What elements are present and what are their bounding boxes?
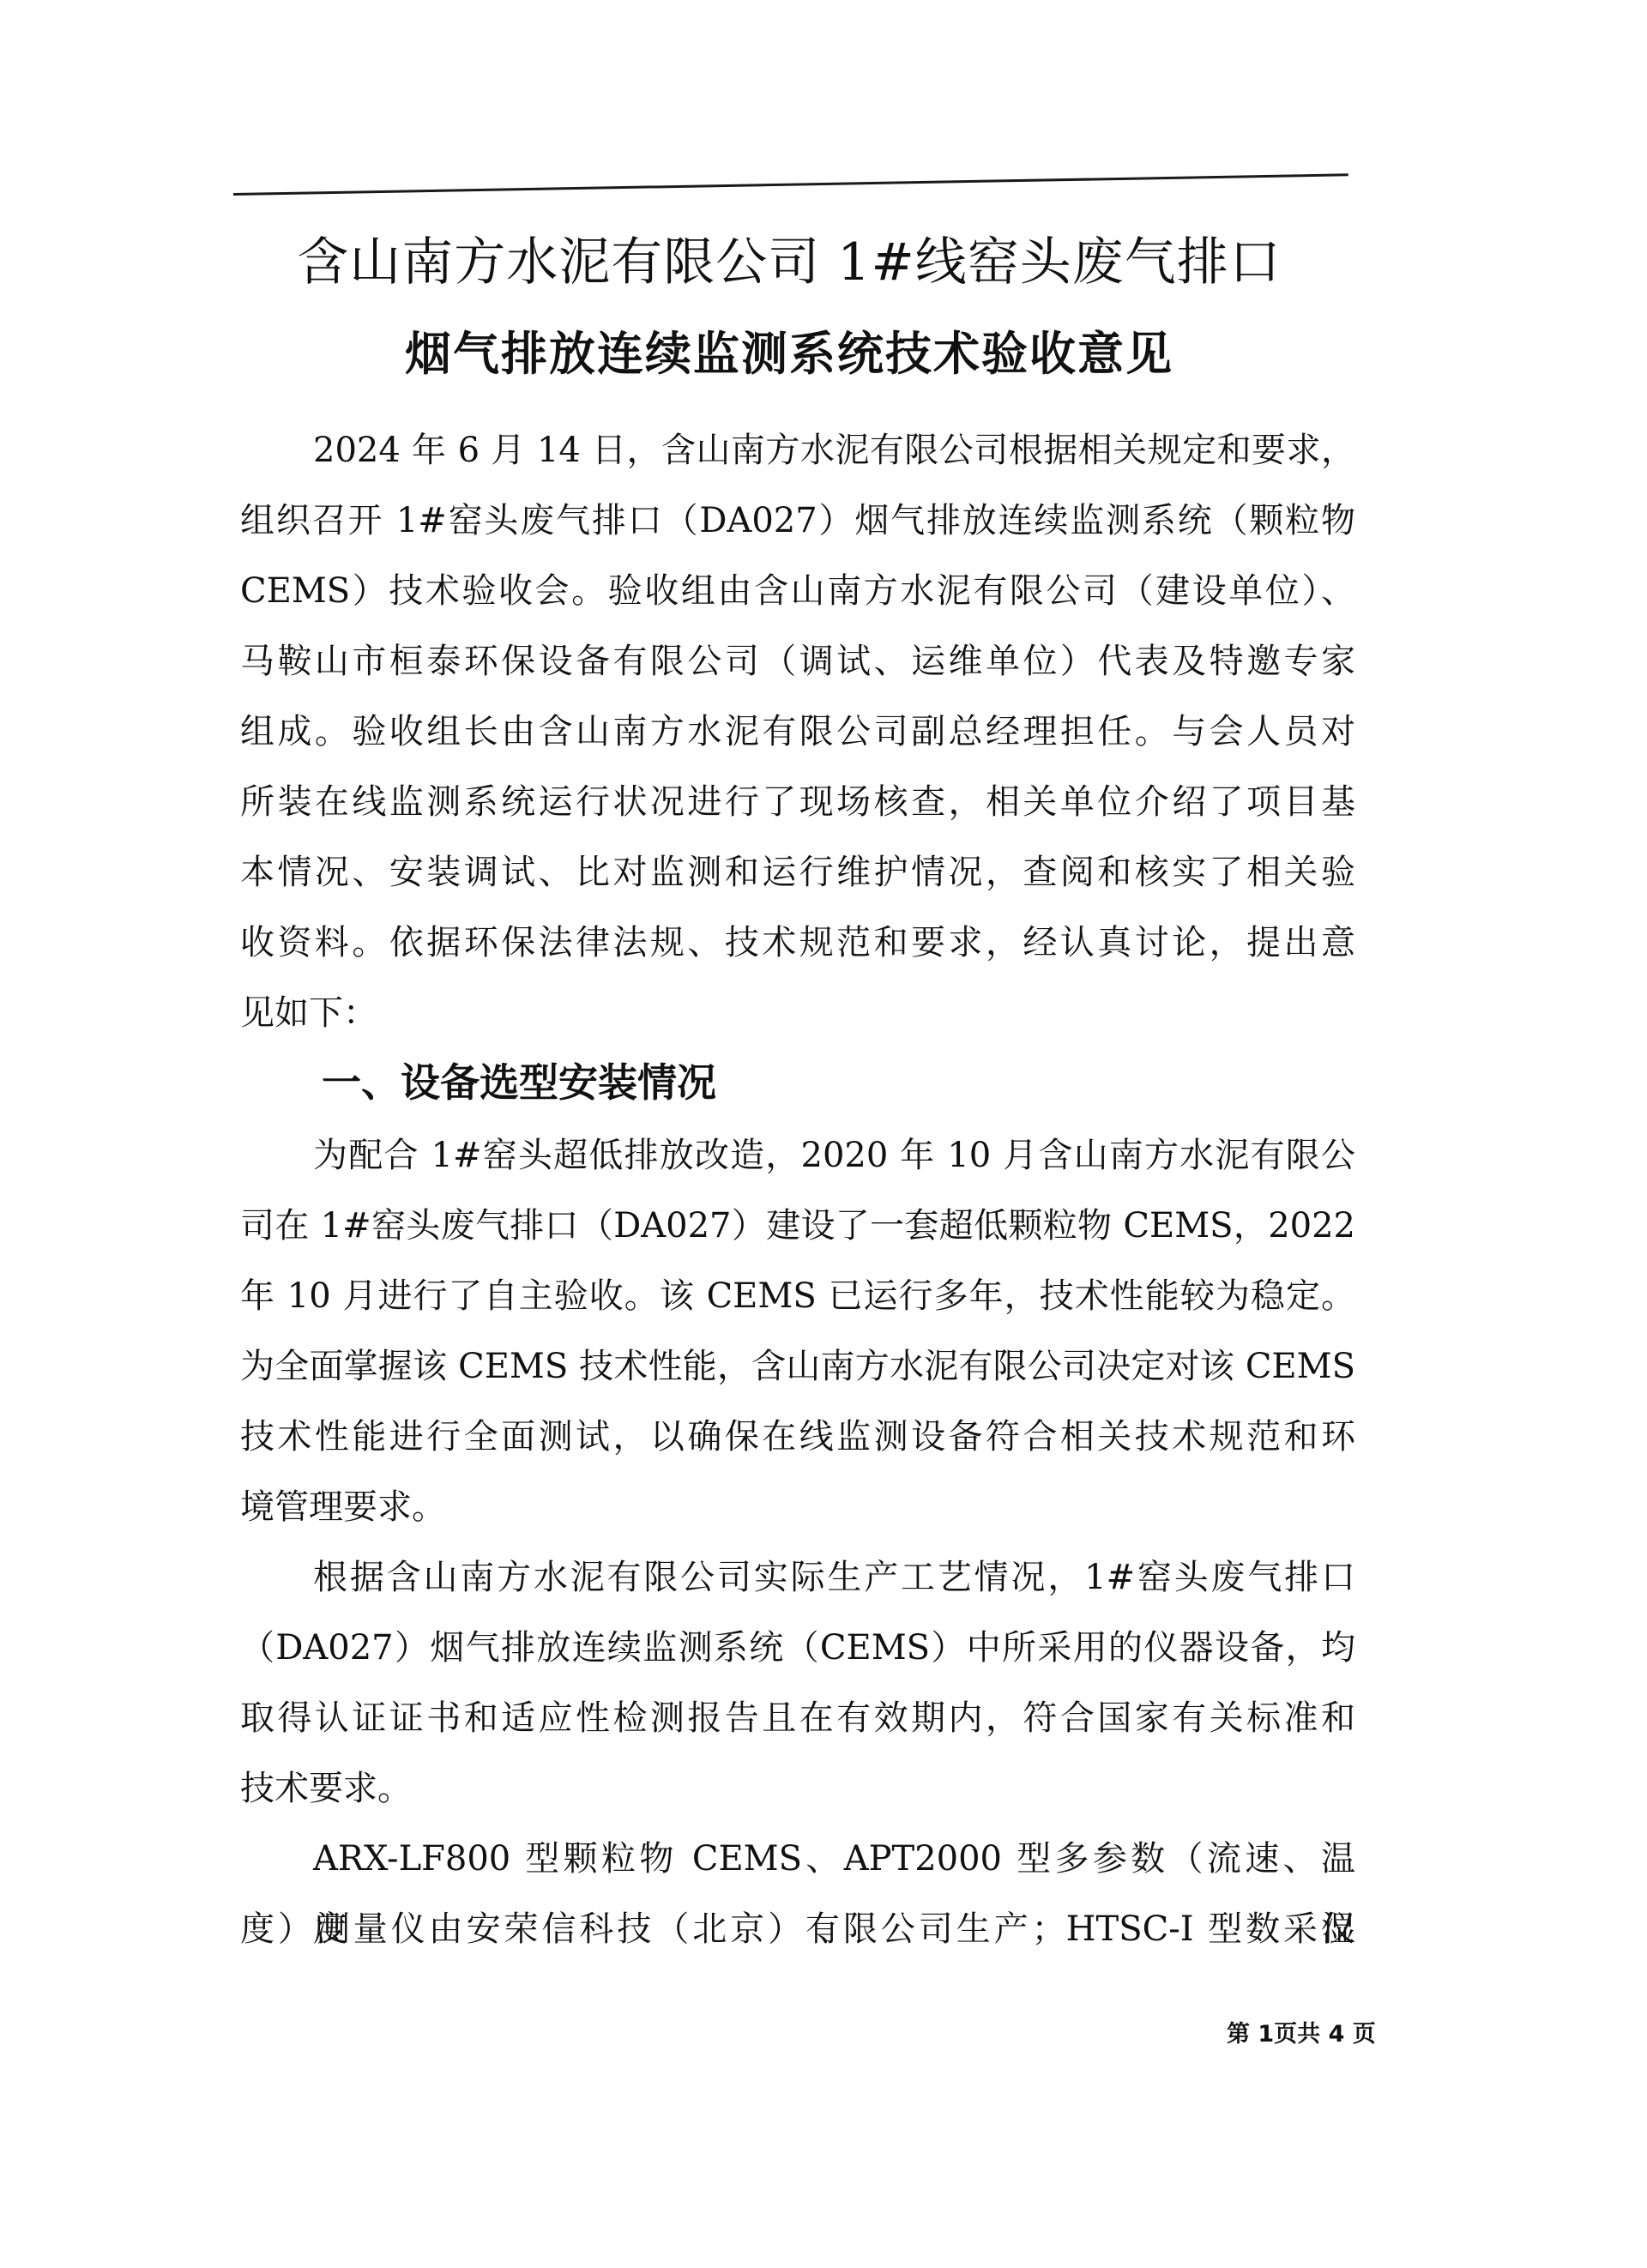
document-title-line2: 烟气排放连续监测系统技术验收意见: [0, 323, 1578, 385]
paragraph-line: 度）测量仪由安荣信科技（北京）有限公司生产；HTSC-I 型数采仪: [240, 1894, 1355, 1964]
paragraph-line: 技术性能进行全面测试，以确保在线监测设备符合相关技术规范和环: [240, 1402, 1355, 1472]
paragraph-line: 根据含山南方水泥有限公司实际生产工艺情况，1#窑头废气排口: [313, 1542, 1355, 1613]
paragraph-line: 为全面掌握该 CEMS 技术性能，含山南方水泥有限公司决定对该 CEMS: [240, 1331, 1355, 1402]
section-heading: 一、设备选型安装情况: [322, 1047, 716, 1118]
paragraph-line: 所装在线监测系统运行状况进行了现场核查，相关单位介绍了项目基: [240, 767, 1355, 837]
document-title-line1: 含山南方水泥有限公司 1#线窑头废气排口: [0, 232, 1578, 293]
paragraph-line: 为配合 1#窑头超低排放改造，2020 年 10 月含山南方水泥有限公: [313, 1120, 1355, 1191]
page-indicator: 第 1页共 4 页: [1227, 2021, 1376, 2048]
paragraph-line: 取得认证证书和适应性检测报告且在有效期内，符合国家有关标准和: [240, 1683, 1355, 1753]
paragraph-line: 技术要求。: [240, 1753, 1355, 1824]
header-rule: [233, 173, 1348, 196]
paragraph-line: 本情况、安装调试、比对监测和运行维护情况，查阅和核实了相关验: [240, 837, 1355, 908]
paragraph-line: 组织召开 1#窑头废气排口（DA027）烟气排放连续监测系统（颗粒物: [240, 486, 1355, 556]
paragraph-line: 年 10 月进行了自主验收。该 CEMS 已运行多年，技术性能较为稳定。: [240, 1261, 1355, 1331]
paragraph-line: 司在 1#窑头废气排口（DA027）建设了一套超低颗粒物 CEMS，2022: [240, 1191, 1355, 1261]
paragraph-line: 2024 年 6 月 14 日，含山南方水泥有限公司根据相关规定和要求，: [313, 415, 1355, 486]
paragraph-line: ARX-LF800 型颗粒物 CEMS、APT2000 型多参数（流速、温度、湿: [313, 1824, 1355, 1894]
paragraph-line: （DA027）烟气排放连续监测系统（CEMS）中所采用的仪器设备，均: [240, 1613, 1355, 1683]
paragraph-line: 组成。验收组长由含山南方水泥有限公司副总经理担任。与会人员对: [240, 697, 1355, 767]
paragraph-line: 收资料。依据环保法律法规、技术规范和要求，经认真讨论，提出意: [240, 908, 1355, 978]
paragraph-line: 马鞍山市桓泰环保设备有限公司（调试、运维单位）代表及特邀专家: [240, 626, 1355, 697]
paragraph-line: CEMS）技术验收会。验收组由含山南方水泥有限公司（建设单位）、: [240, 556, 1355, 626]
paragraph-line: 境管理要求。: [240, 1472, 1355, 1542]
paragraph-line: 见如下：: [240, 978, 1355, 1048]
